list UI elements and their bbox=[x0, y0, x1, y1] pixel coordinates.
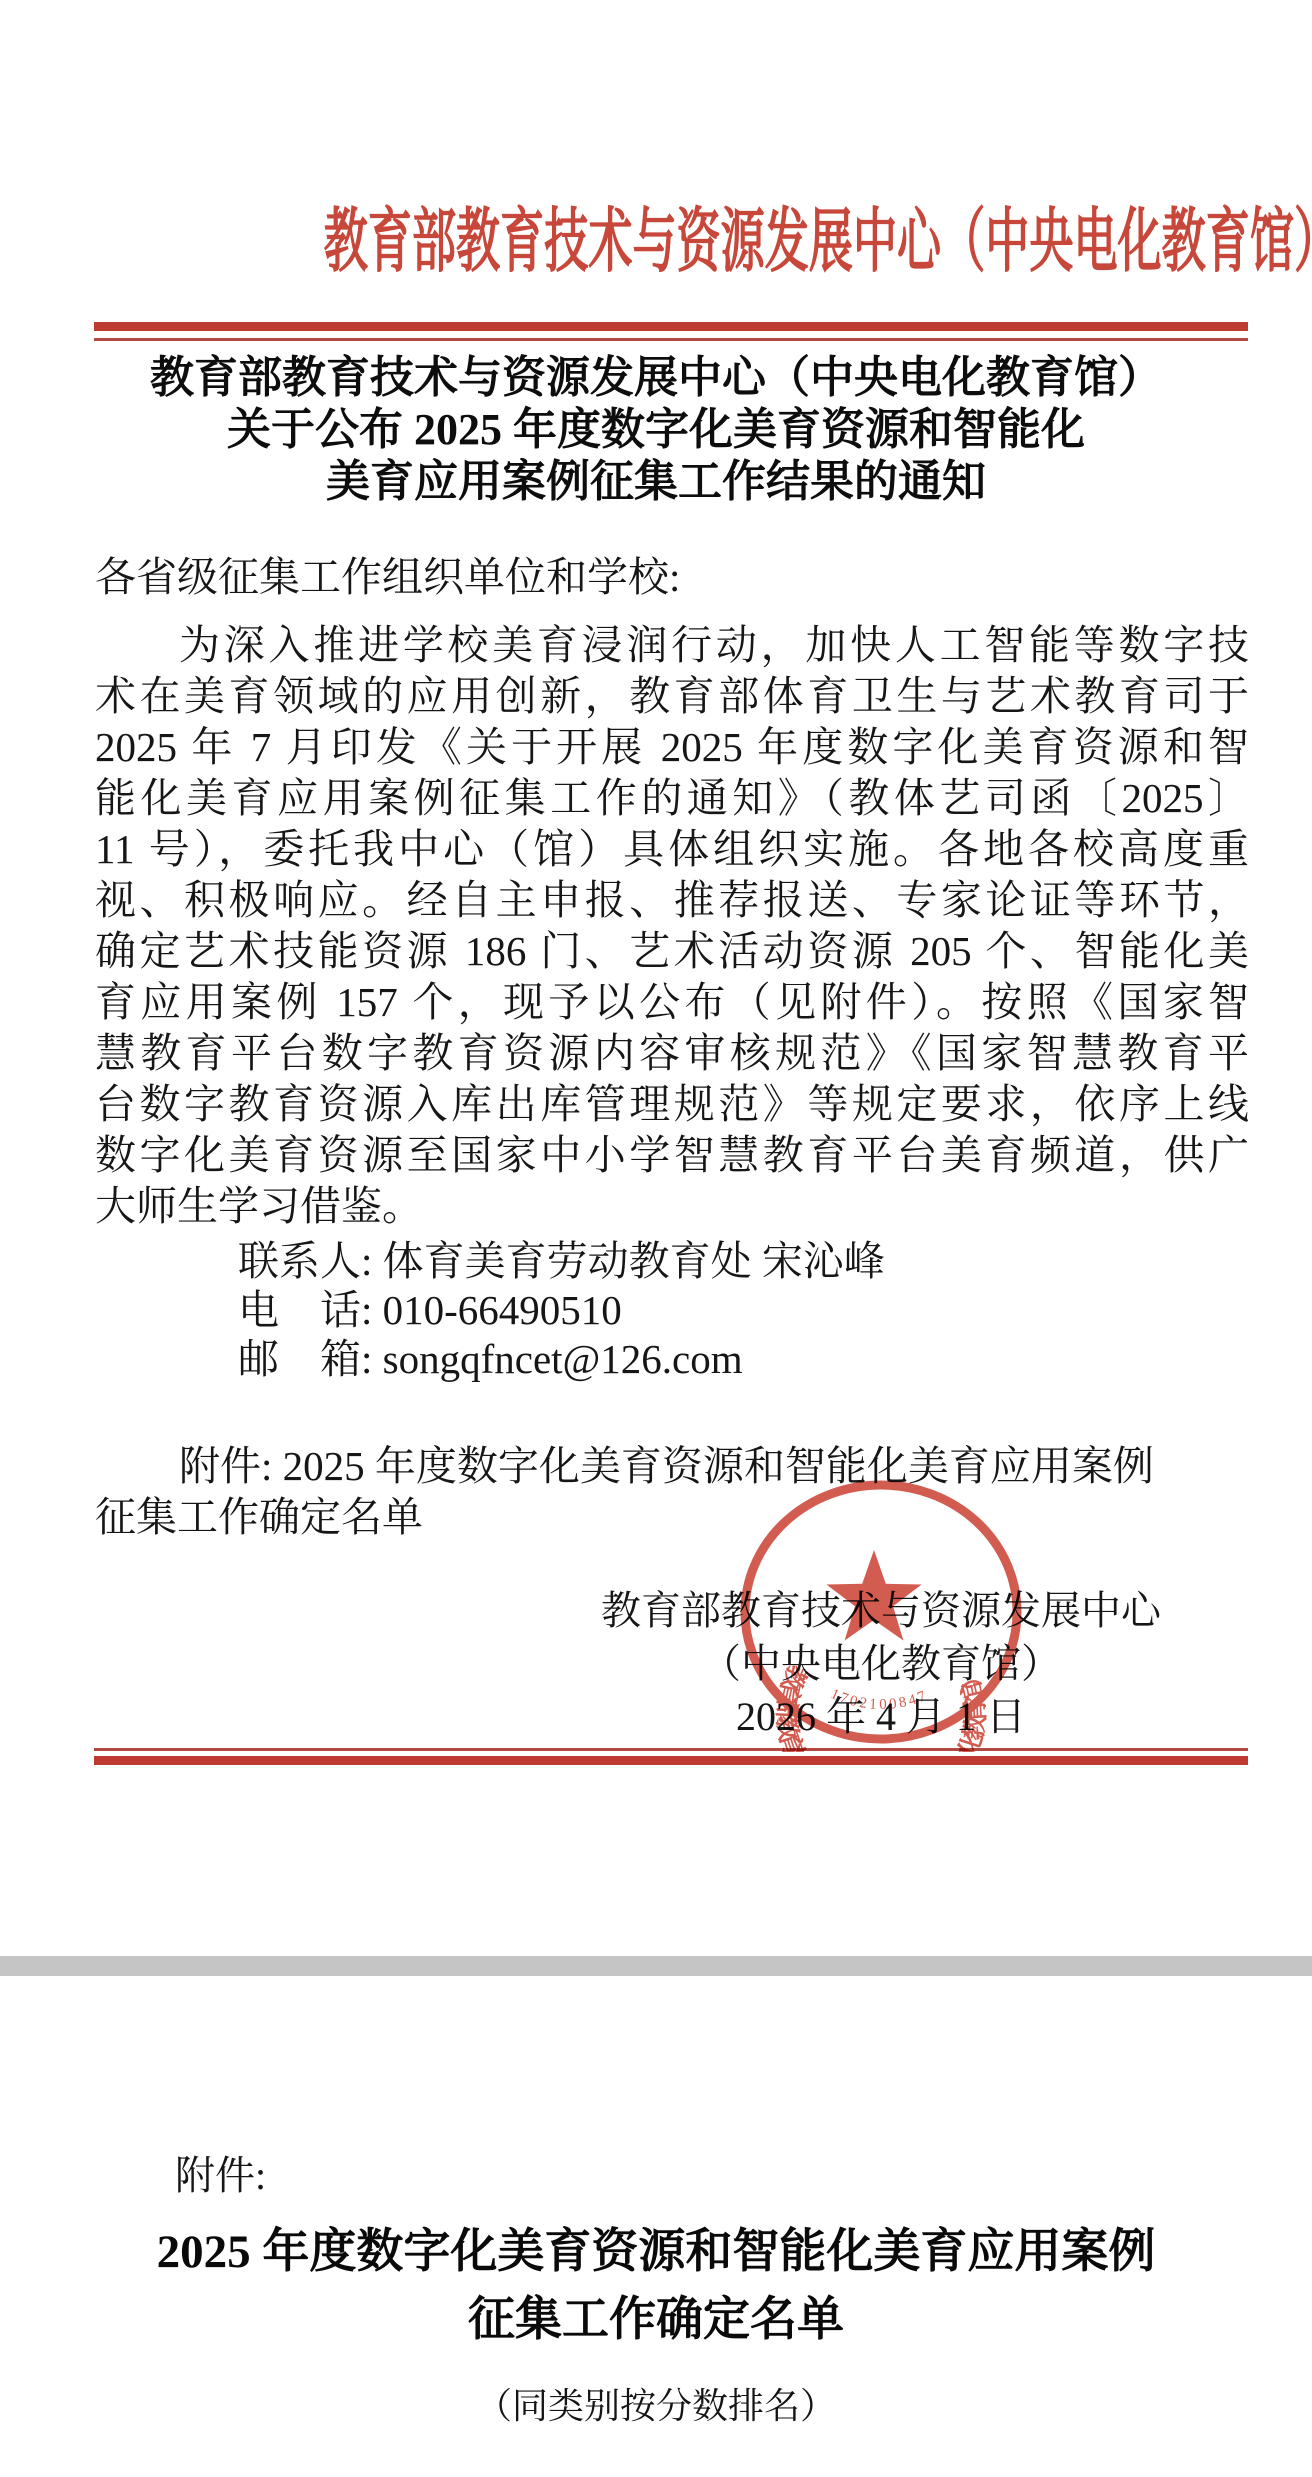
body-line: 能化美育应用案例征集工作的通知》（教体艺司函〔2025〕 bbox=[95, 773, 1249, 824]
body-line: 术在美育领域的应用创新，教育部体育卫生与艺术教育司于 bbox=[95, 671, 1249, 722]
body-paragraph: 为深入推进学校美育浸润行动，加快人工智能等数字技 术在美育领域的应用创新，教育部… bbox=[95, 620, 1249, 1232]
document-title-line: 关于公布 2025 年度数字化美育资源和智能化 bbox=[0, 404, 1312, 456]
footer-rule-thin bbox=[94, 1748, 1248, 1751]
attachment-title-line: 2025 年度数字化美育资源和智能化美育应用案例 bbox=[0, 2224, 1312, 2280]
body-line: 育应用案例 157 个，现予以公布（见附件）。按照《国家智 bbox=[95, 977, 1249, 1028]
attachment-title-line: 征集工作确定名单 bbox=[0, 2292, 1312, 2348]
contact-line: 联系人: 体育美育劳动教育处 宋沁峰 bbox=[238, 1237, 885, 1286]
footer-rule-thick bbox=[94, 1756, 1248, 1765]
seal-code: 1702100847 bbox=[828, 1686, 930, 1713]
document-title-line: 教育部教育技术与资源发展中心（中央电化教育馆） bbox=[0, 352, 1312, 404]
seal-star-icon bbox=[826, 1550, 921, 1641]
document-title-line: 美育应用案例征集工作结果的通知 bbox=[0, 456, 1312, 508]
document-title: 教育部教育技术与资源发展中心（中央电化教育馆） 关于公布 2025 年度数字化美… bbox=[0, 352, 1312, 508]
contact-line: 邮 箱: songqfncet@126.com bbox=[238, 1335, 885, 1384]
body-line: 11 号），委托我中心（馆）具体组织实施。各地各校高度重 bbox=[95, 824, 1249, 875]
body-line: 为深入推进学校美育浸润行动，加快人工智能等数字技 bbox=[95, 620, 1249, 671]
salutation: 各省级征集工作组织单位和学校: bbox=[95, 552, 680, 602]
official-seal: 教育部教育技术与资源发展中心（中央电化教育馆） 1702100847 bbox=[736, 1478, 1026, 1752]
official-seal-graphic: 教育部教育技术与资源发展中心（中央电化教育馆） 1702100847 bbox=[736, 1478, 1026, 1752]
letterhead-title: 教育部教育技术与资源发展中心（中央电化教育馆）函件 bbox=[0, 197, 1312, 289]
body-line: 视、积极响应。经自主申报、推荐报送、专家论证等环节， bbox=[95, 875, 1249, 926]
contact-line: 电 话: 010-66490510 bbox=[238, 1286, 885, 1335]
attachment-label: 附件: bbox=[175, 2152, 266, 2200]
body-line: 大师生学习借鉴。 bbox=[95, 1181, 1249, 1232]
contact-block: 联系人: 体育美育劳动教育处 宋沁峰 电 话: 010-66490510 邮 箱… bbox=[238, 1237, 885, 1384]
letterhead-rule-thin bbox=[94, 338, 1248, 341]
attachment-note-line: 附件: 2025 年度数字化美育资源和智能化美育应用案例 bbox=[95, 1441, 1249, 1492]
letterhead-title-text: 教育部教育技术与资源发展中心（中央电化教育馆）函件 bbox=[324, 197, 1312, 289]
attachment-subtitle: （同类别按分数排名） bbox=[0, 2384, 1312, 2428]
body-line: 慧教育平台数字教育资源内容审核规范》《国家智慧教育平 bbox=[95, 1028, 1249, 1079]
body-line: 数字化美育资源至国家中小学智慧教育平台美育频道，供广 bbox=[95, 1130, 1249, 1181]
attachment-note: 附件: 2025 年度数字化美育资源和智能化美育应用案例 征集工作确定名单 bbox=[95, 1441, 1249, 1543]
letterhead-rule-thick bbox=[94, 322, 1248, 331]
body-line: 台数字教育资源入库出库管理规范》等规定要求，依序上线 bbox=[95, 1079, 1249, 1130]
attachment-note-line: 征集工作确定名单 bbox=[95, 1492, 1249, 1543]
scanned-document: 教育部教育技术与资源发展中心（中央电化教育馆）函件 教育部教育技术与资源发展中心… bbox=[0, 0, 1312, 2477]
body-line: 2025 年 7 月印发《关于开展 2025 年度数字化美育资源和智 bbox=[95, 722, 1249, 773]
body-line: 确定艺术技能资源 186 门、艺术活动资源 205 个、智能化美 bbox=[95, 926, 1249, 977]
